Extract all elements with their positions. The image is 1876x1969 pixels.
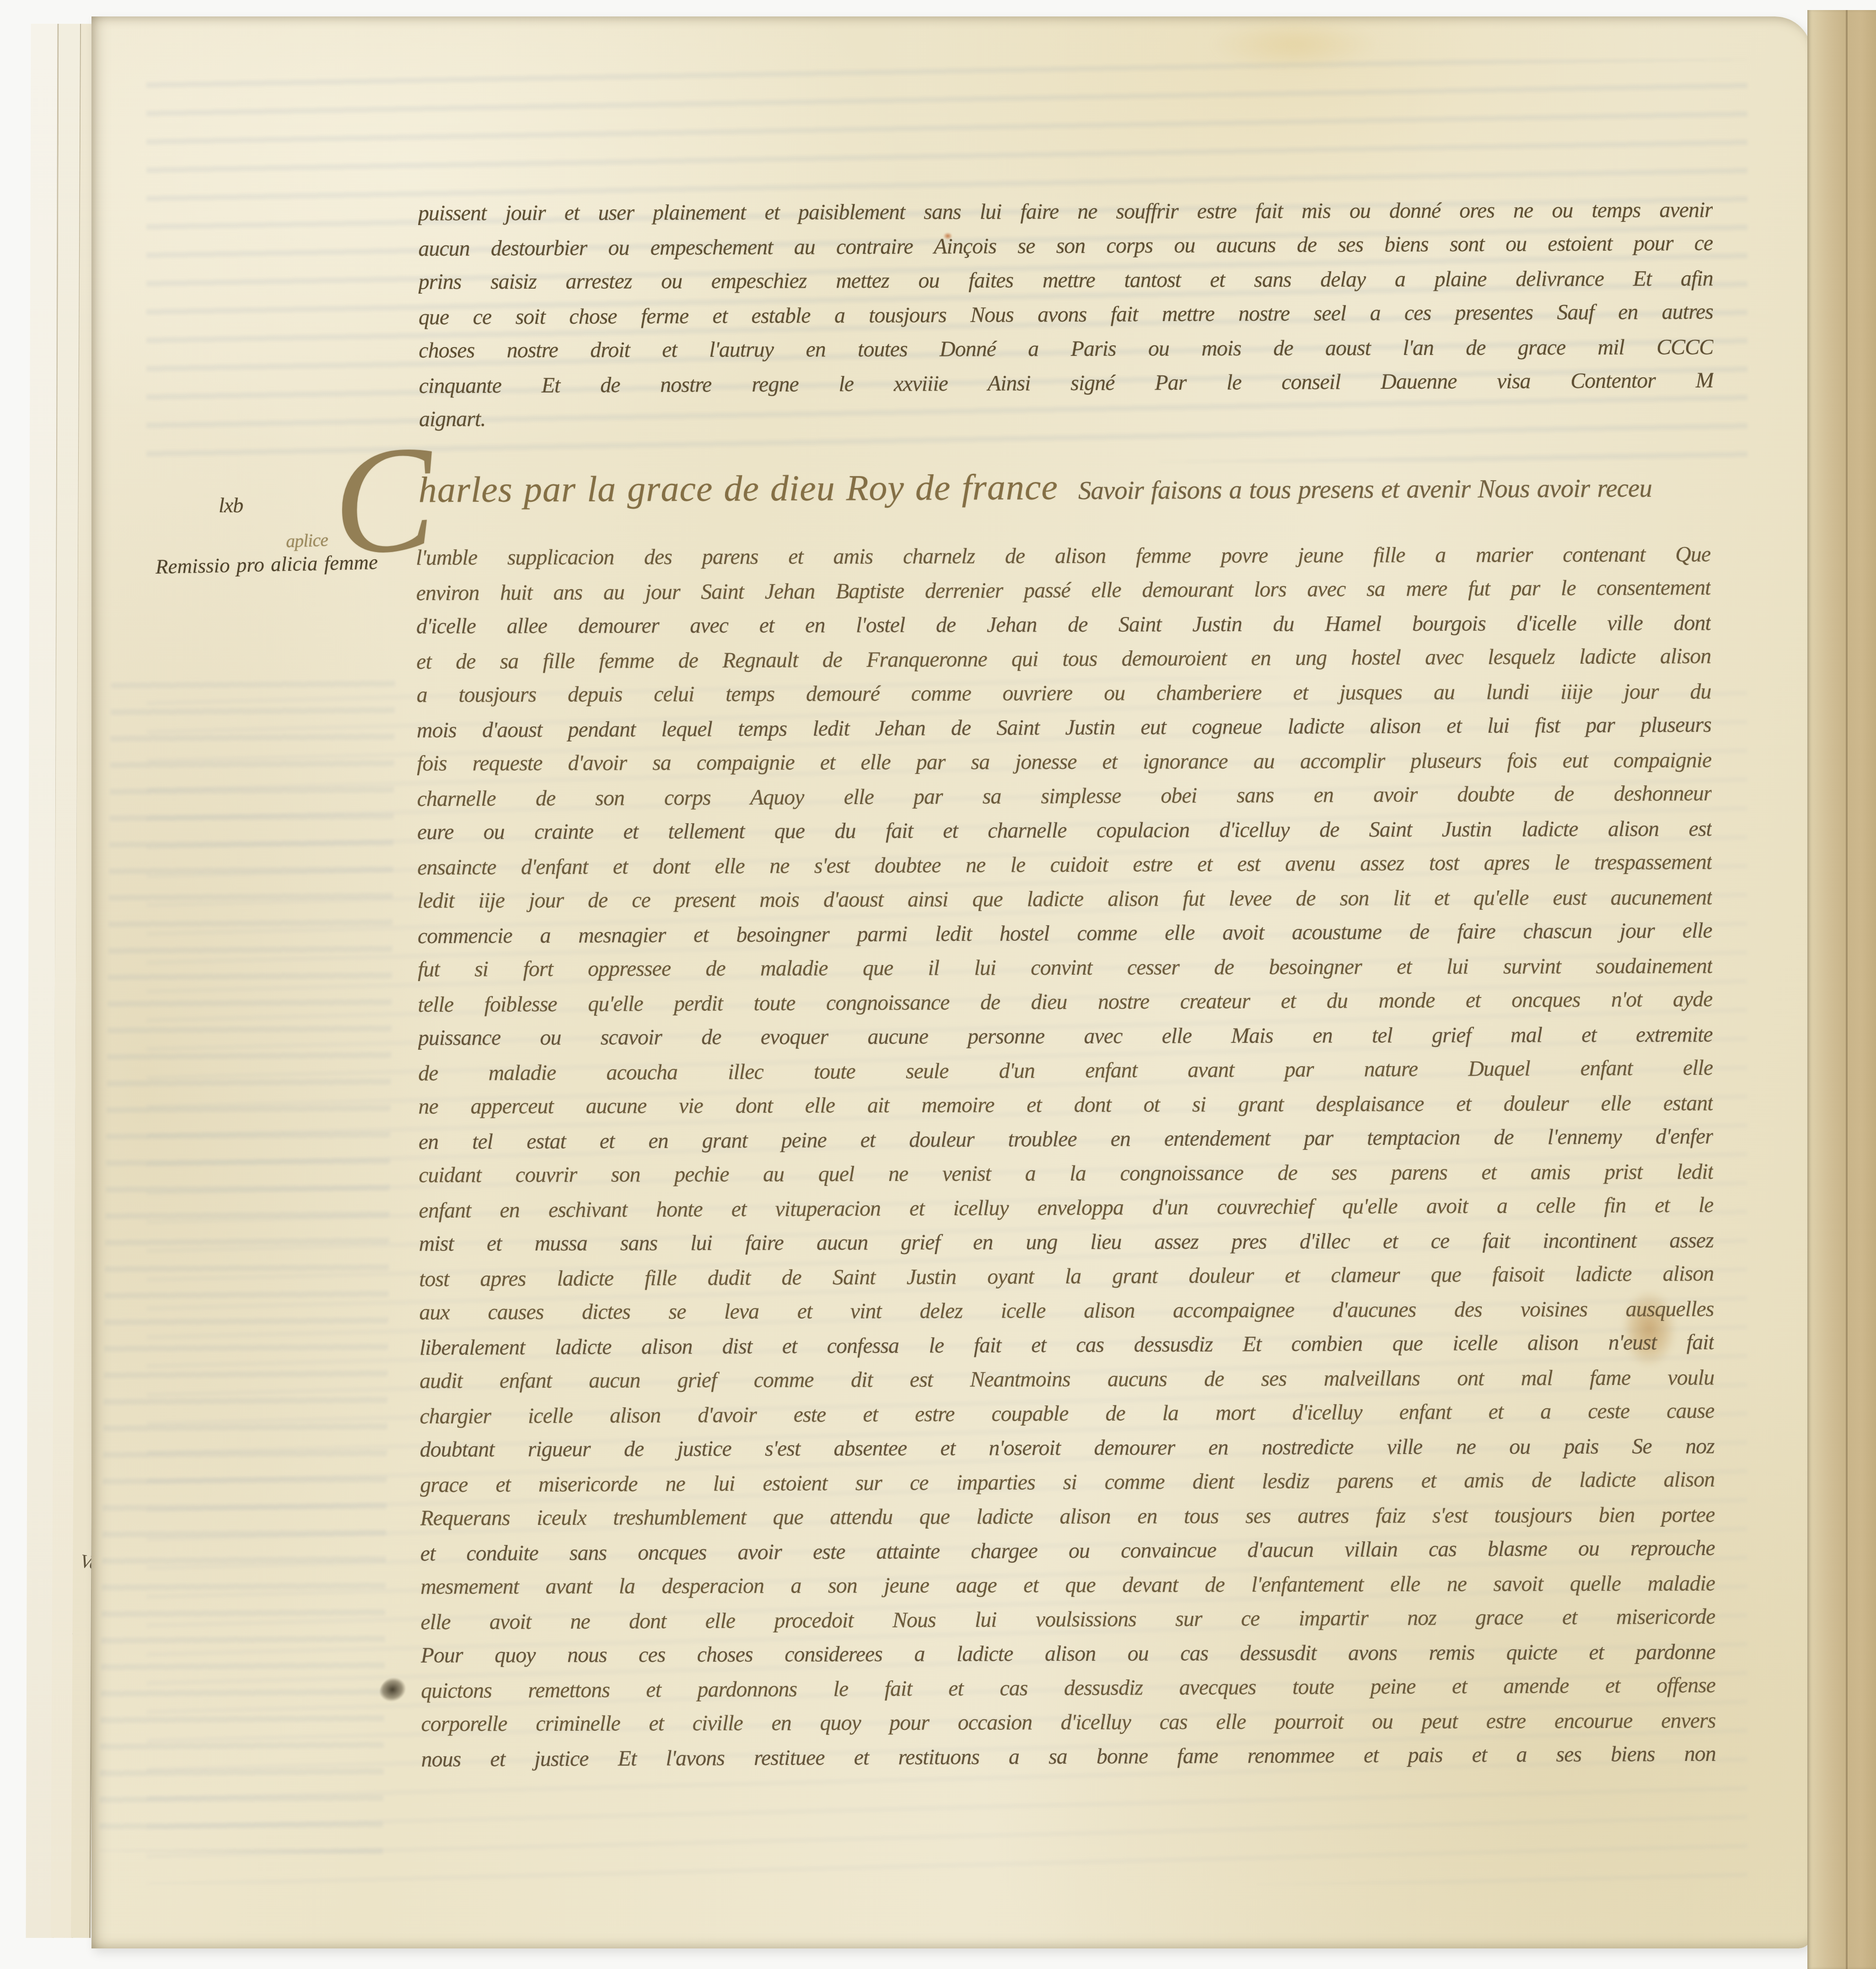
binding-fore-edge (1807, 10, 1876, 1969)
letter-text-line: fois requeste d'avoir sa compaignie et e… (417, 743, 1711, 780)
letter-text-line: ledit iije jour de ce present mois d'aou… (417, 880, 1712, 917)
letter-text-line: enfant en eschivant honte et vituperacio… (419, 1188, 1713, 1228)
closing-text-line: aignart. (419, 398, 1714, 436)
notification-formula: Savoir faisons a tous presens et avenir … (1078, 473, 1652, 505)
letter-body-block: l'umble supplicacion des parens et amis … (416, 536, 1716, 1776)
letter-text-line: liberalement ladicte alison dist et conf… (419, 1325, 1714, 1365)
letter-text-line: et de sa fille femme de Regnault de Fran… (416, 639, 1711, 679)
letter-text-line: grace et misericorde ne lui estoient sur… (420, 1462, 1715, 1502)
margin-interline-note: aplice (285, 529, 328, 552)
letter-text-line: elle avoit ne dont elle procedoit Nous l… (420, 1599, 1715, 1639)
closing-text-line: cinquante Et de nostre regne le xxviiie … (419, 363, 1714, 403)
letter-text-line: cuidant couvrir son pechie au quel ne ve… (419, 1154, 1713, 1192)
letter-text-line: Pour quoy nous ces choses considerees a … (421, 1635, 1715, 1672)
closing-text-line: aucun destourbier ou empeschement au con… (418, 226, 1713, 266)
letter-text-line: de maladie acoucha illec toute seule d'u… (418, 1051, 1713, 1090)
letter-text-line: environ huit ans au jour Saint Jehan Bap… (416, 570, 1710, 610)
letter-text-line: doubtant rigueur de justice s'est absent… (420, 1429, 1715, 1466)
fore-edge-shadow-line (1846, 10, 1848, 1969)
closing-text-line: choses nostre droit et l'autruy en toute… (419, 330, 1713, 367)
letter-text-line: fut si fort oppressee de maladie que il … (418, 949, 1712, 986)
letter-text-line: Requerans iceulx treshumblement que atte… (420, 1497, 1715, 1535)
previous-letter-closing-block: puissent jouir et user plainement et pai… (418, 192, 1714, 437)
letter-text-line: chargier icelle alison d'avoir este et e… (419, 1394, 1714, 1433)
letter-text-line: tost apres ladicte fille dudit de Saint … (419, 1256, 1714, 1296)
letter-text-line: quictons remettons et pardonnons le fait… (421, 1668, 1715, 1708)
royal-intitulatio: harles par la grace de dieu Roy de franc… (419, 467, 1058, 511)
letter-text-line: mist et mussa sans lui faire aucun grief… (419, 1223, 1714, 1261)
letter-text-line: charnelle de son corps Aquoy elle par sa… (417, 776, 1711, 816)
letter-text-line: audit enfant aucun grief comme dit est N… (419, 1360, 1714, 1398)
letter-text-line: puissance ou scavoir de evoquer aucune p… (418, 1017, 1713, 1055)
letter-text-line: en tel estat et en grant peine et douleu… (419, 1119, 1713, 1159)
closing-text-line: prins saisiz arrestez ou empeschiez mett… (419, 261, 1713, 299)
closing-text-line: puissent jouir et user plainement et pai… (418, 193, 1713, 230)
letter-text-line: nous et justice Et l'avons restituee et … (421, 1737, 1716, 1776)
margin-item-number: lxb (219, 493, 243, 517)
letter-text-line: mois d'aoust pendant lequel temps ledit … (417, 708, 1711, 747)
letter-text-line: eure ou crainte et tellement que du fait… (417, 811, 1712, 849)
letter-text-line: commencie a mesnagier et besoingner parm… (418, 913, 1712, 953)
letter-text-line: l'umble supplicacion des parens et amis … (416, 537, 1710, 574)
opening-line: harles par la grace de dieu Roy de franc… (419, 463, 1791, 538)
letter-text-line: ensaincte d'enfant et dont elle ne s'est… (417, 845, 1712, 885)
letter-text-line: et conduite sans oncques avoir este atta… (420, 1531, 1715, 1571)
letter-text-line: ne apperceut aucune vie dont elle ait me… (418, 1086, 1713, 1123)
letter-text-line: a tousjours depuis celui temps demouré c… (416, 674, 1711, 712)
letter-text-line: aux causes dictes se leva et vint delez … (419, 1292, 1714, 1329)
closing-text-line: que ce soit chose ferme et estable a tou… (419, 295, 1713, 334)
manuscript-photo: { "margin": { "item_number": "lxb", "int… (0, 0, 1876, 1969)
letter-text-line: telle foiblesse qu'elle perdit toute con… (418, 982, 1712, 1022)
letter-text-line: mesmement avant la desperacion a son jeu… (420, 1566, 1715, 1604)
letter-text-line: corporelle criminelle et civille en quoy… (421, 1703, 1715, 1741)
letter-text-line: d'icelle allee demourer avec et en l'ost… (416, 606, 1711, 643)
